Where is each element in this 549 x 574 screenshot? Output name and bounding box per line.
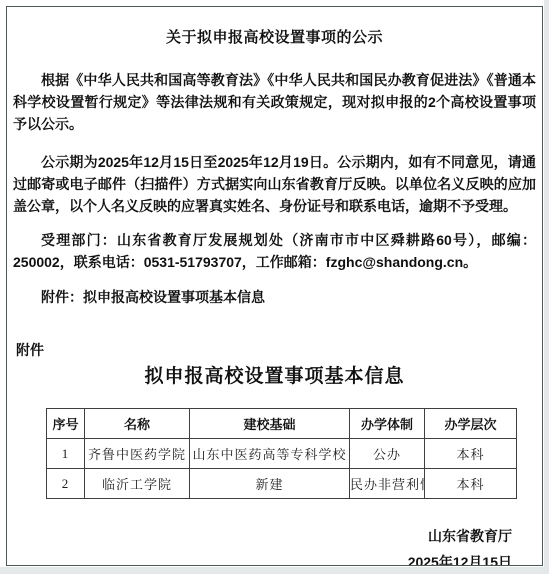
header-cell-name: 名称 [85, 409, 190, 439]
info-table: 序号 名称 建校基础 办学体制 办学层次 1 齐鲁中医药学院 山东中医药高等专科… [46, 408, 517, 499]
signature: 山东省教育厅 [7, 525, 542, 547]
table-cell-founding-basis: 新建 [190, 469, 350, 499]
table-cell-name: 临沂工学院 [85, 469, 190, 499]
document-page: 关于拟申报高校设置事项的公示 根据《中华人民共和国高等教育法》《中华人民共和国民… [0, 0, 544, 567]
table-cell-index: 1 [47, 439, 85, 469]
table-cell-name: 齐鲁中医药学院 [85, 439, 190, 469]
table-cell-founding-basis: 山东中医药高等专科学校 [190, 439, 350, 469]
table-row: 2 临沂工学院 新建 民办非营利性 本科 [47, 469, 517, 499]
document-frame: 关于拟申报高校设置事项的公示 根据《中华人民共和国高等教育法》《中华人民共和国民… [6, 6, 543, 566]
header-cell-founding-basis: 建校基础 [190, 409, 350, 439]
header-cell-system: 办学体制 [350, 409, 425, 439]
attachment-table-title: 拟申报高校设置事项基本信息 [7, 364, 542, 390]
table-cell-system: 民办非营利性 [350, 469, 425, 499]
table-cell-level: 本科 [425, 439, 517, 469]
table-header-row: 序号 名称 建校基础 办学体制 办学层次 [47, 409, 517, 439]
header-cell-index: 序号 [47, 409, 85, 439]
table-cell-system: 公办 [350, 439, 425, 469]
document-title: 关于拟申报高校设置事项的公示 [7, 27, 542, 49]
paragraph-attachment-reference: 附件：拟申报高校设置事项基本信息 [7, 286, 542, 308]
table-row: 1 齐鲁中医药学院 山东中医药高等专科学校 公办 本科 [47, 439, 517, 469]
attachment-label: 附件 [7, 339, 542, 361]
table-cell-index: 2 [47, 469, 85, 499]
paragraph-publicity-period: 公示期为2025年12月15日至2025年12月19日。公示期内，如有不同意见，… [7, 151, 542, 217]
paragraph-basis: 根据《中华人民共和国高等教育法》《中华人民共和国民办教育促进法》《普通本科学校设… [7, 69, 542, 135]
table-cell-level: 本科 [425, 469, 517, 499]
paragraph-contact-info: 受理部门：山东省教育厅发展规划处（济南市市中区舜耕路60号），邮编：250002… [7, 229, 542, 273]
signature-date: 2025年12月15日 [7, 551, 542, 566]
header-cell-level: 办学层次 [425, 409, 517, 439]
